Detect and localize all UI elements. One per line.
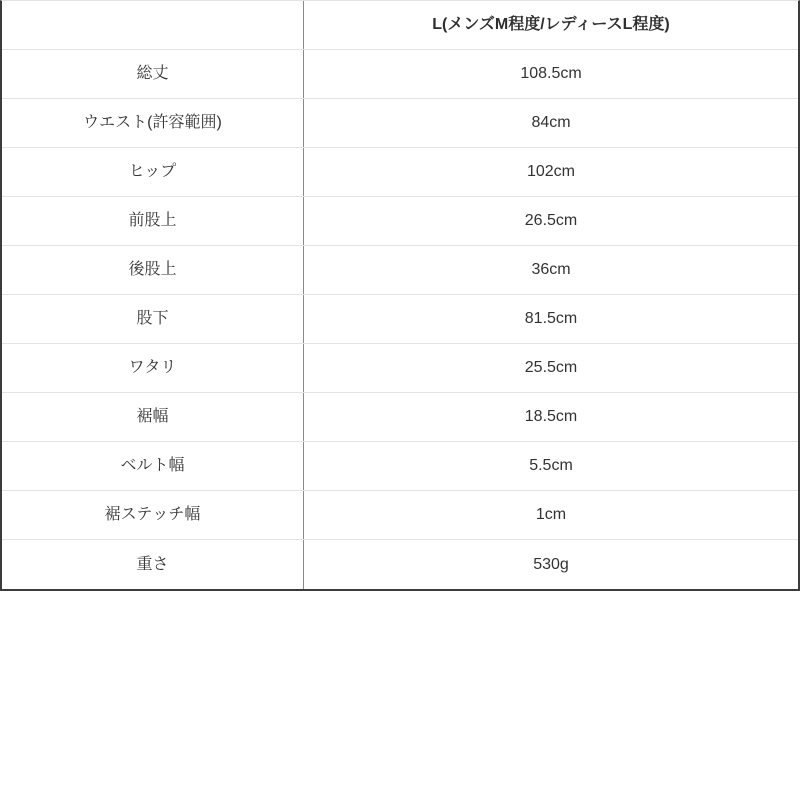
table-row: 後股上 36cm [2, 246, 798, 295]
row-label: 総丈 [2, 50, 304, 98]
row-label: 前股上 [2, 197, 304, 245]
table-row: 重さ 530g [2, 540, 798, 589]
header-label-cell [2, 1, 304, 49]
table-row: 股下 81.5cm [2, 295, 798, 344]
table-row: ワタリ 25.5cm [2, 344, 798, 393]
table-row: 前股上 26.5cm [2, 197, 798, 246]
table-row: 裾幅 18.5cm [2, 393, 798, 442]
row-value: 18.5cm [304, 393, 798, 441]
row-label: ワタリ [2, 344, 304, 392]
size-table: L(メンズM程度/レディースL程度) 総丈 108.5cm ウエスト(許容範囲)… [0, 0, 800, 591]
row-value: 102cm [304, 148, 798, 196]
row-label: 後股上 [2, 246, 304, 294]
row-value: 25.5cm [304, 344, 798, 392]
table-body: 総丈 108.5cm ウエスト(許容範囲) 84cm ヒップ 102cm 前股上… [2, 50, 798, 589]
row-value: 108.5cm [304, 50, 798, 98]
row-label: ベルト幅 [2, 442, 304, 490]
header-size-label: L(メンズM程度/レディースL程度) [304, 1, 798, 49]
row-label: ウエスト(許容範囲) [2, 99, 304, 147]
row-value: 84cm [304, 99, 798, 147]
row-label: 裾幅 [2, 393, 304, 441]
row-label: 股下 [2, 295, 304, 343]
row-label: 裾ステッチ幅 [2, 491, 304, 539]
row-label: ヒップ [2, 148, 304, 196]
row-value: 81.5cm [304, 295, 798, 343]
table-row: 総丈 108.5cm [2, 50, 798, 99]
page: L(メンズM程度/レディースL程度) 総丈 108.5cm ウエスト(許容範囲)… [0, 0, 800, 800]
table-row: 裾ステッチ幅 1cm [2, 491, 798, 540]
table-row: ベルト幅 5.5cm [2, 442, 798, 491]
row-value: 26.5cm [304, 197, 798, 245]
table-row: ウエスト(許容範囲) 84cm [2, 99, 798, 148]
row-value: 36cm [304, 246, 798, 294]
row-label: 重さ [2, 540, 304, 589]
row-value: 5.5cm [304, 442, 798, 490]
table-header-row: L(メンズM程度/レディースL程度) [2, 1, 798, 50]
table-row: ヒップ 102cm [2, 148, 798, 197]
row-value: 530g [304, 540, 798, 589]
row-value: 1cm [304, 491, 798, 539]
